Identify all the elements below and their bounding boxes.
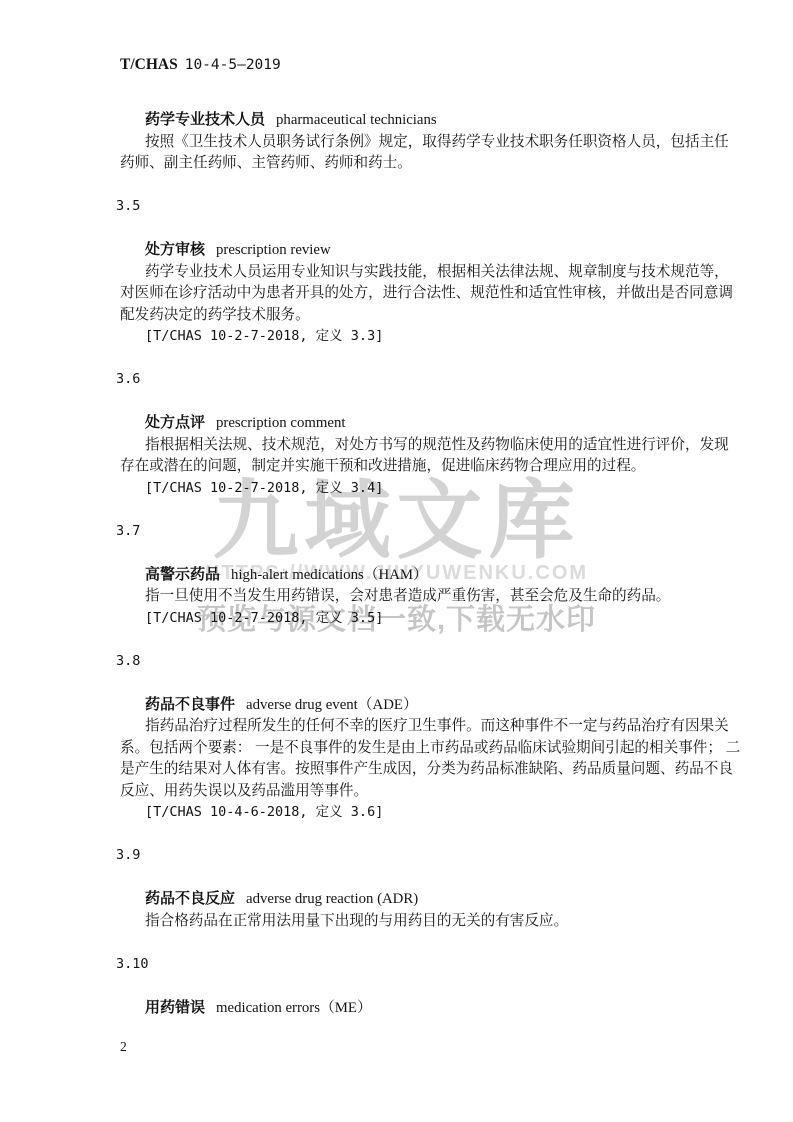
term-en-label: prescription review: [216, 242, 331, 258]
definition-line: 药师、副主任药师、主管药师、药师和药士。: [120, 153, 683, 175]
term-zh-label: 用药错误: [145, 999, 205, 1016]
term-zh-label: 药学专业技术人员: [145, 111, 265, 128]
definition-line: 指合格药品在正常用法用量下出现的与用药目的无关的有害反应。: [120, 911, 683, 933]
definition-line: 指一旦使用不当发生用药错误，会对患者造成严重伤害，甚至会危及生命的药品。: [120, 586, 683, 608]
header-standard-number: 10-4-5—2019: [185, 57, 281, 73]
document-content: T/CHAS10-4-5—2019 药学专业技术人员pharmaceutical…: [0, 0, 793, 1019]
section-number: 3.6: [116, 369, 683, 391]
definition-line: 指根据相关法规、技术规范，对处方书写的规范性及药物临床使用的适宜性进行评价，发现: [120, 435, 683, 457]
definition-section: 3.10用药错误medication errors（ME）: [120, 954, 683, 1020]
section-number: 3.7: [116, 521, 683, 543]
source-reference: [T/CHAS 10-2-7-2018, 定义 3.5]: [120, 608, 683, 630]
term-line: 高警示药品high-alert medications（HAM）: [120, 564, 683, 587]
section-number: 3.10: [116, 954, 683, 976]
definition-section: 药学专业技术人员pharmaceutical technicians按照《卫生技…: [120, 109, 683, 175]
definition-section: 3.5处方审核prescription review药学专业技术人员运用专业知识…: [120, 196, 683, 348]
term-zh-label: 药品不良反应: [145, 890, 235, 907]
definition-line: 存在或潜在的问题，制定并实施干预和改进措施，促进临床药物合理应用的过程。: [120, 456, 683, 478]
definition-line: 按照《卫生技术人员职务试行条例》规定，取得药学专业技术职务任职资格人员，包括主任: [120, 132, 683, 154]
section-number: 3.9: [116, 845, 683, 867]
definition-section: 3.9药品不良反应adverse drug reaction (ADR)指合格药…: [120, 845, 683, 932]
term-zh-label: 药品不良事件: [145, 696, 235, 713]
definition-line: 是产生的结果对人体有害。按照事件产生成因，分类为药品标准缺陷、药品质量问题、药品…: [120, 759, 683, 781]
definition-section: 3.6处方点评prescription comment指根据相关法规、技术规范，…: [120, 369, 683, 499]
page-number: 2: [120, 1038, 127, 1056]
term-en-label: adverse drug event（ADE）: [246, 697, 418, 713]
term-zh-label: 处方点评: [145, 414, 205, 431]
document-page: 九域文库 HTTPS://WWW.JIUYUWENKU.COM 预览与源文档一致…: [0, 0, 793, 1122]
term-line: 处方审核prescription review: [120, 239, 683, 262]
term-line: 用药错误medication errors（ME）: [120, 997, 683, 1020]
definition-section: 3.7高警示药品high-alert medications（HAM）指一旦使用…: [120, 521, 683, 630]
term-line: 处方点评prescription comment: [120, 412, 683, 435]
source-reference: [T/CHAS 10-2-7-2018, 定义 3.3]: [120, 326, 683, 348]
header-standard-prefix: T/CHAS: [120, 56, 178, 73]
definition-line: 药学专业技术人员运用专业知识与实践技能，根据相关法律法规、规章制度与技术规范等，: [120, 262, 683, 284]
section-number: 3.8: [116, 651, 683, 673]
definition-line: 指药品治疗过程所发生的任何不幸的医疗卫生事件。而这种事件不一定与药品治疗有因果关: [120, 716, 683, 738]
definition-section: 3.8药品不良事件adverse drug event（ADE）指药品治疗过程所…: [120, 651, 683, 824]
term-en-label: high-alert medications（HAM）: [231, 567, 428, 583]
term-en-label: medication errors（ME）: [216, 1000, 372, 1016]
term-en-label: adverse drug reaction (ADR): [246, 891, 418, 907]
term-en-label: pharmaceutical technicians: [276, 112, 437, 128]
term-line: 药学专业技术人员pharmaceutical technicians: [120, 109, 683, 132]
definition-line: 系。包括两个要素： 一是不良事件的发生是由上市药品或药品临床试验期间引起的相关事…: [120, 738, 683, 760]
term-en-label: prescription comment: [216, 415, 345, 431]
definition-line: 配发药决定的药学技术服务。: [120, 305, 683, 327]
term-zh-label: 高警示药品: [145, 566, 220, 583]
term-line: 药品不良事件adverse drug event（ADE）: [120, 694, 683, 717]
section-number: 3.5: [116, 196, 683, 218]
doc-header: T/CHAS10-4-5—2019: [120, 55, 683, 75]
term-zh-label: 处方审核: [145, 241, 205, 258]
sections: 药学专业技术人员pharmaceutical technicians按照《卫生技…: [120, 109, 683, 1019]
source-reference: [T/CHAS 10-4-6-2018, 定义 3.6]: [120, 802, 683, 824]
definition-line: 对医师在诊疗活动中为患者开具的处方，进行合法性、规范性和适宜性审核，并做出是否同…: [120, 283, 683, 305]
definition-line: 反应、用药失误以及药品滥用等事件。: [120, 781, 683, 803]
source-reference: [T/CHAS 10-2-7-2018, 定义 3.4]: [120, 478, 683, 500]
term-line: 药品不良反应adverse drug reaction (ADR): [120, 888, 683, 911]
